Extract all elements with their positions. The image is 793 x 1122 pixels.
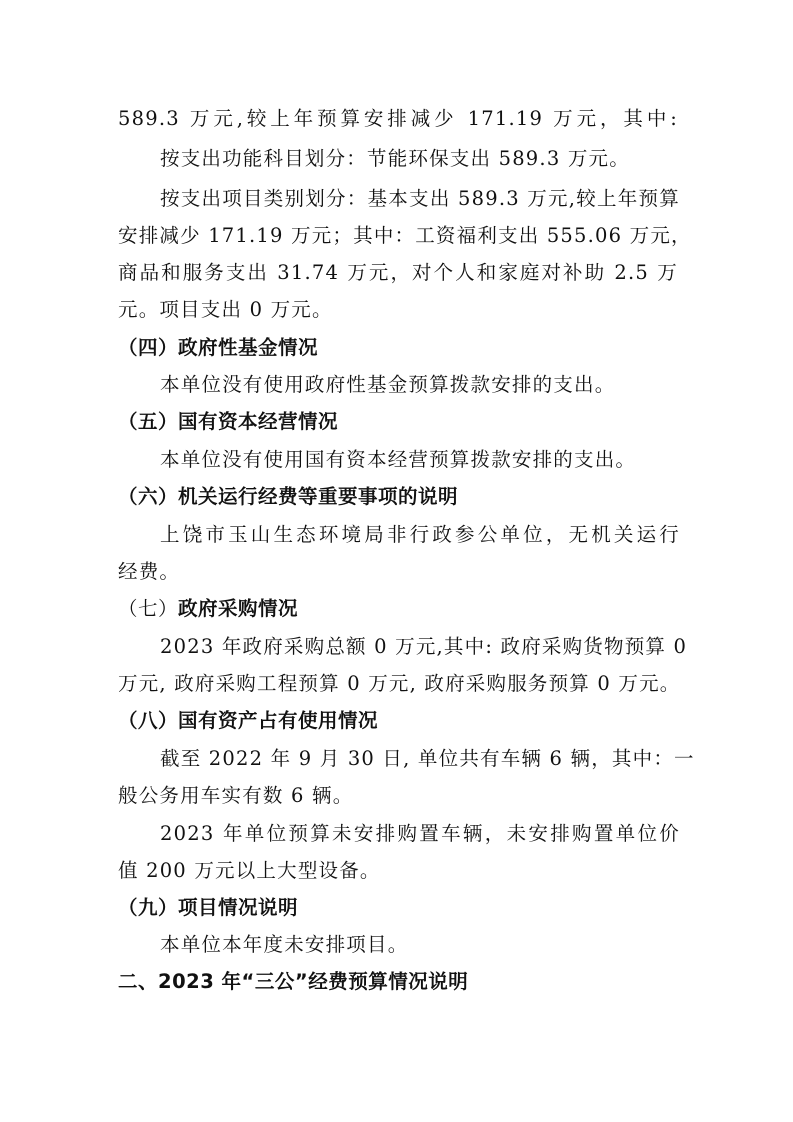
section-body-7-line1: 2023 年政府采购总额 0 万元,其中: 政府采购货物预算 0 <box>160 633 680 661</box>
section-body-6-line1: 上饶市玉山生态环境局非行政参公单位，无机关运行 <box>160 521 680 549</box>
section-body-5: 本单位没有使用国有资本经营预算拨款安排的支出。 <box>160 446 680 474</box>
section-body-6-line2: 经费。 <box>118 558 678 586</box>
section-body-8-p1-line2: 般公务用车实有数 6 辆。 <box>118 782 678 810</box>
section-body-8-p1-line1: 截至 2022 年 9 月 30 日, 单位共有车辆 6 辆，其中：一 <box>160 745 680 773</box>
section-heading-7-prefix: （七） <box>118 597 178 620</box>
section-heading-6: （六）机关运行经费等重要事项的说明 <box>118 483 678 511</box>
section-body-7-line2: 万元, 政府采购工程预算 0 万元, 政府采购服务预算 0 万元。 <box>118 670 678 698</box>
section-heading-7: （七）政府采购情况 <box>118 595 678 623</box>
section-heading-5: （五）国有资本经营情况 <box>118 408 678 436</box>
paragraph-line: 元。项目支出 0 万元。 <box>118 296 678 324</box>
paragraph-line: 安排减少 171.19 万元；其中：工资福利支出 555.06 万元， <box>118 222 678 250</box>
section-heading-7-text: 政府采购情况 <box>178 597 298 620</box>
document-page: 589.3 万元,较上年预算安排减少 171.19 万元，其中: 按支出功能科目… <box>0 0 793 1122</box>
section-body-8-p2-line2: 值 200 万元以上大型设备。 <box>118 857 678 885</box>
paragraph-line: 按支出功能科目划分：节能环保支出 589.3 万元。 <box>160 145 680 173</box>
paragraph-line: 商品和服务支出 31.74 万元，对个人和家庭对补助 2.5 万 <box>118 259 678 287</box>
section-heading-9: （九）项目情况说明 <box>118 894 678 922</box>
section-body-9: 本单位本年度未安排项目。 <box>160 931 680 959</box>
section-body-4: 本单位没有使用政府性基金预算拨款安排的支出。 <box>160 371 680 399</box>
paragraph-line: 按支出项目类别划分：基本支出 589.3 万元,较上年预算 <box>160 185 680 213</box>
section-heading-4: （四）政府性基金情况 <box>118 334 678 362</box>
paragraph-line: 589.3 万元,较上年预算安排减少 171.19 万元，其中: <box>118 105 678 133</box>
section-body-8-p2-line1: 2023 年单位预算未安排购置车辆，未安排购置单位价 <box>160 820 680 848</box>
part-two-heading: 二、2023 年“三公”经费预算情况说明 <box>118 968 678 996</box>
section-heading-8: （八）国有资产占有使用情况 <box>118 707 678 735</box>
